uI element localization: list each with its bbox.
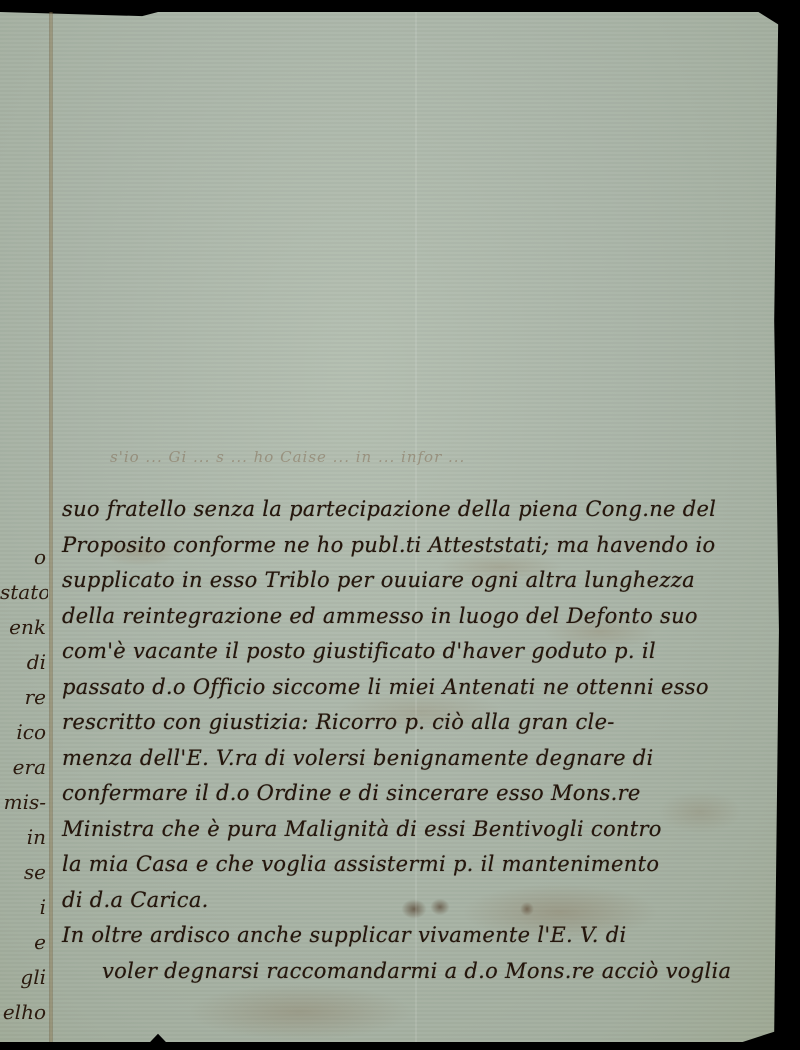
prev-page-fragment: mis- [0, 785, 48, 820]
letter-line: suo fratello senza la partecipazione del… [62, 492, 782, 528]
prev-page-fragment: e [0, 925, 48, 960]
prev-page-fragment: gli [0, 960, 48, 995]
prev-page-fragment: era [0, 750, 48, 785]
letter-line: rescritto con giustizia: Ricorro p. ciò … [62, 705, 782, 741]
letter-line: confermare il d.o Ordine e di sincerare … [62, 776, 782, 812]
prev-page-fragment: elho [0, 995, 48, 1030]
scanned-manuscript: s'io ... Gi ... s ... ho Caise ... in ..… [0, 0, 800, 1050]
bleed-through-text: s'io ... Gi ... s ... ho Caise ... in ..… [110, 448, 710, 466]
letter-line: Proposito conforme ne ho publ.ti Attests… [62, 528, 782, 564]
letter-line: della reintegrazione ed ammesso in luogo… [62, 599, 782, 635]
prev-page-fragment: in [0, 820, 48, 855]
prev-page-fragment: re [0, 680, 48, 715]
letter-line: voler degnarsi raccomandarmi a d.o Mons.… [62, 954, 782, 990]
letter-line: la mia Casa e che voglia assistermi p. i… [62, 847, 782, 883]
letter-body: suo fratello senza la partecipazione del… [62, 492, 782, 989]
page-gutter [49, 12, 53, 1042]
letter-line: com'è vacante il posto giustificato d'ha… [62, 634, 782, 670]
letter-line: Ministra che è pura Malignità di essi Be… [62, 812, 782, 848]
letter-line: menza dell'E. V.ra di volersi benignamen… [62, 741, 782, 777]
prev-page-fragment: i [0, 890, 48, 925]
prev-page-fragment: stato [0, 575, 48, 610]
letter-line: passato d.o Officio siccome li miei Ante… [62, 670, 782, 706]
letter-line: In oltre ardisco anche supplicar vivamen… [62, 918, 782, 954]
prev-page-fragment: di [0, 645, 48, 680]
previous-page-margin: o stato enk di re ico era mis- in se i e… [0, 540, 48, 1030]
letter-line: di d.a Carica. [62, 883, 782, 919]
prev-page-fragment: ico [0, 715, 48, 750]
prev-page-fragment: se [0, 855, 48, 890]
prev-page-fragment: enk [0, 610, 48, 645]
prev-page-fragment: o [0, 540, 48, 575]
letter-line: supplicato in esso Triblo per ouuiare og… [62, 563, 782, 599]
